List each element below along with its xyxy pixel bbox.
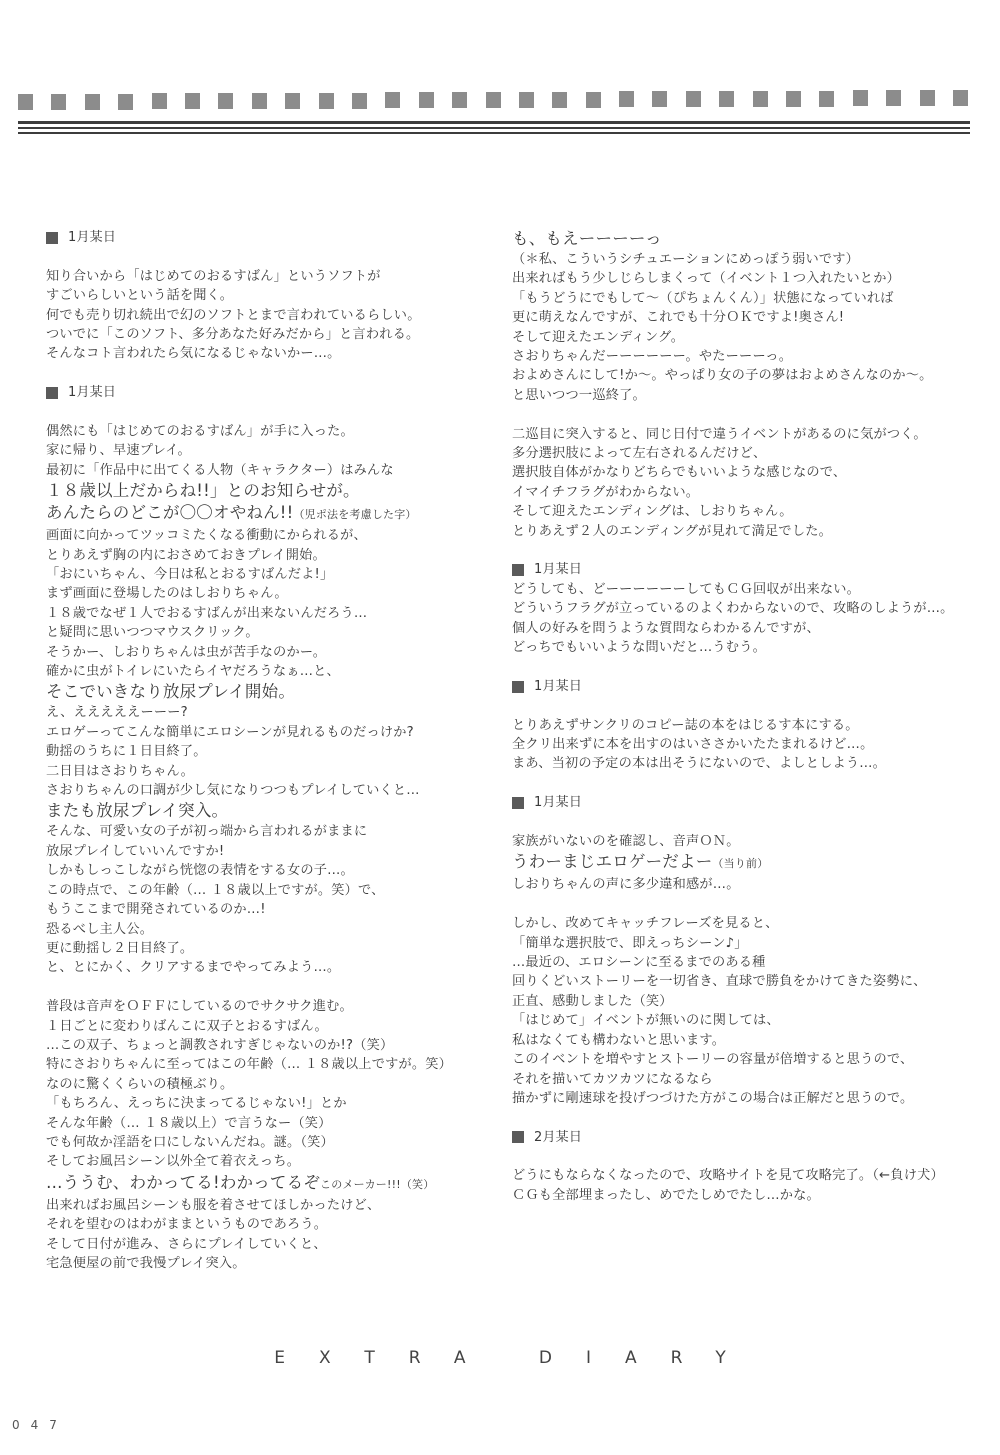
diary-line-text: そこでいきなり放尿プレイ開始。 [46, 682, 295, 701]
diary-line: 「はじめて」イベントが無いのに関しては、 [512, 1011, 972, 1030]
diary-line-text: どうにもならなくなったので、攻略サイトを見て攻略完了。（←負け犬） [512, 1168, 944, 1183]
diary-line: なのに驚くくらいの積極ぶり。 [46, 1075, 486, 1094]
diary-line-text: どっちでもいいような問いだと…うむう。 [512, 640, 766, 655]
heading-spacer [512, 1147, 972, 1166]
diary-line: どういうフラグが立っているのよくわからないので、攻略のしようが…。 [512, 599, 972, 618]
diary-line-text: 最初に「作品中に出てくる人物（キャラクター）はみんな [46, 463, 394, 478]
decorative-square [452, 92, 467, 108]
diary-line-text: イマイチフラグがわからない。 [512, 485, 699, 500]
diary-line-text: も、もえーーーーっ [512, 229, 662, 248]
diary-line: 知り合いから「はじめてのおるすばん」というソフトが [46, 267, 486, 286]
diary-line-text: え、えええええーーー? [46, 705, 188, 720]
entry-date: 2月某日 [534, 1128, 582, 1147]
diary-line-text: あんたらのどこが〇〇オやねん!! [46, 503, 293, 522]
diary-line-text: １日ごとに変わりばんこに双子とおるすばん。 [46, 1019, 328, 1034]
diary-line-text: 「はじめて」イベントが無いのに関しては、 [512, 1013, 780, 1028]
diary-line-text: とりあえず胸の内におさめておきプレイ開始。 [46, 548, 326, 563]
diary-line-text: それを望むのはわがままというものであろう。 [46, 1217, 327, 1232]
diary-line-text: ついでに「このソフト、多分あなた好みだから」と言われる。 [46, 327, 419, 342]
diary-line: そしてお風呂シーン以外全て着衣えっち。 [46, 1152, 486, 1171]
decorative-square [85, 94, 100, 110]
diary-line: 画面に向かってツッコミたくなる衝動にかられるが、 [46, 526, 486, 545]
diary-line-text: なのに驚くくらいの積極ぶり。 [46, 1077, 233, 1092]
diary-line-text: そしてお風呂シーン以外全て着衣えっち。 [46, 1154, 300, 1169]
entry-spacer [512, 657, 972, 676]
diary-line: どうしても、どーーーーーーしてもＣＧ回収が出来ない。 [512, 580, 972, 599]
diary-line: 選択肢自体がかなりどちらでもいいような感じなので、 [512, 463, 972, 482]
diary-line: さおりちゃんの口調が少し気になりつつもプレイしていくと… [46, 781, 486, 800]
diary-line-text: どういうフラグが立っているのよくわからないので、攻略のしようが…。 [512, 601, 954, 616]
diary-line-text: と疑問に思いつつマウスクリック。 [46, 625, 259, 640]
diary-line-text: でも何故か淫語を口にしないんだね。謎。（笑） [46, 1135, 334, 1150]
diary-entry: 1月某日とりあえずサンクリのコピー誌の本をはじるす本にする。全クリ出来ずに本を出… [512, 657, 972, 773]
diary-line: 正直、感動しました（笑） [512, 992, 972, 1011]
square-bullet-icon [46, 232, 58, 244]
diary-line: 回りくどいストーリーを一切省き、直球で勝負をかけてきた姿勢に、 [512, 972, 972, 991]
diary-line: そして迎えたエンディング。 [512, 328, 972, 347]
decorative-square [886, 90, 901, 106]
square-bullet-icon [512, 797, 524, 809]
decorative-square [586, 92, 601, 108]
decorative-square [552, 92, 567, 108]
diary-line-text: このイベントを増やすとストーリーの容量が倍増すると思うので、 [512, 1052, 913, 1067]
diary-line-text: この時点で、この年齢（… １８歳以上ですが。笑）で、 [46, 883, 385, 898]
diary-line: しおりちゃんの声に多少違和感が…。 [512, 875, 972, 894]
diary-line-text: 全クリ出来ずに本を出すのはいささかいたたまれるけど…。 [512, 737, 873, 752]
square-bullet-icon [512, 681, 524, 693]
diary-line-aside: （当り前） [712, 857, 768, 870]
decorative-square [652, 91, 667, 107]
diary-line-text: 動揺のうちに１日目終了。 [46, 744, 207, 759]
entry-date: 1月某日 [534, 793, 582, 812]
diary-line: 出来ればお風呂シーンも服を着させてほしかったけど、 [46, 1196, 486, 1215]
diary-line: まず画面に登場したのはしおりちゃん。 [46, 584, 486, 603]
diary-line-aside: このメーカー!!!（笑） [320, 1178, 434, 1191]
decorative-square [819, 91, 834, 107]
diary-line: 最初に「作品中に出てくる人物（キャラクター）はみんな [46, 461, 486, 480]
diary-line: イマイチフラグがわからない。 [512, 483, 972, 502]
decorative-square [486, 92, 501, 108]
heading-spacer [512, 813, 972, 832]
entry-date-heading: 1月某日 [46, 383, 486, 402]
diary-line: そんな、可愛い女の子が初っ端から言われるがままに [46, 822, 486, 841]
diary-line-text: どうしても、どーーーーーーしてもＣＧ回収が出来ない。 [512, 582, 860, 597]
entry-spacer [512, 774, 972, 793]
diary-line: あんたらのどこが〇〇オやねん!!（児ポ法を考慮した字） [46, 502, 486, 526]
diary-line: どっちでもいいような問いだと…うむう。 [512, 638, 972, 657]
heading-spacer [46, 247, 486, 266]
diary-line: １８歳以上だからね!!」とのお知らせが。 [46, 480, 486, 502]
entry-date-heading: 2月某日 [512, 1128, 972, 1147]
diary-line: でも何故か淫語を口にしないんだね。謎。（笑） [46, 1133, 486, 1152]
diary-line-text: うわーまじエロゲーだよー [512, 852, 712, 871]
diary-line-text: 家に帰り、早速プレイ。 [46, 443, 191, 458]
diary-line: 偶然にも「はじめてのおるすばん」が手に入った。 [46, 422, 486, 441]
diary-line: （＊私、こういうシチュエーションにめっぽう弱いです） [512, 250, 972, 269]
diary-line: 何でも売り切れ続出で幻のソフトとまで言われているらしい。 [46, 306, 486, 325]
diary-line: 普段は音声をＯＦＦにしているのでサクサク進む。 [46, 997, 486, 1016]
diary-line: 出来ればもう少しじらしまくって（イベント１つ入れたいとか） [512, 269, 972, 288]
decorative-square [152, 93, 167, 109]
diary-line-text: １８歳以上だからね!!」とのお知らせが。 [46, 481, 360, 500]
diary-line-text: 宅急便屋の前で我慢プレイ突入。 [46, 1256, 246, 1271]
header-rule-2 [18, 127, 970, 129]
diary-line: ついでに「このソフト、多分あなた好みだから」と言われる。 [46, 325, 486, 344]
diary-entry: 1月某日偶然にも「はじめてのおるすばん」が手に入った。家に帰り、早速プレイ。最初… [46, 364, 486, 978]
diary-line: とりあえず胸の内におさめておきプレイ開始。 [46, 546, 486, 565]
diary-line: しかもしっこしながら恍惚の表情をする女の子…。 [46, 861, 486, 880]
decorative-square [352, 93, 367, 109]
diary-line: １８歳でなぜ１人でおるすばんが出来ないんだろう… [46, 604, 486, 623]
diary-line-text: 私はなくても構わないと思います。 [512, 1033, 725, 1048]
diary-line-text: 家族がいないのを確認し、音声ＯＮ。 [512, 834, 740, 849]
decorative-square [920, 90, 935, 106]
diary-line: １日ごとに変わりばんこに双子とおるすばん。 [46, 1017, 486, 1036]
diary-line: と疑問に思いつつマウスクリック。 [46, 623, 486, 642]
diary-line-text: 出来ればお風呂シーンも服を着させてほしかったけど、 [46, 1198, 380, 1213]
page-number: 047 [12, 1418, 68, 1432]
diary-line-text: さおりちゃんだーーーーーー。やたーーーっ。 [512, 349, 792, 364]
diary-line-text: 「おにいちゃん、今日は私とおるすばんだよ!」 [46, 567, 333, 582]
diary-line: このイベントを増やすとストーリーの容量が倍増すると思うので、 [512, 1050, 972, 1069]
diary-line-text: しおりちゃんの声に多少違和感が…。 [512, 877, 740, 892]
diary-line: もうここまで開発されているのか…! [46, 900, 486, 919]
diary-line: そんなコト言われたら気になるじゃないかー…。 [46, 344, 486, 363]
entry-spacer [512, 541, 972, 560]
diary-line-text: およめさんにして!か～。やっぱり女の子の夢はおよめさんなのか～。 [512, 368, 933, 383]
diary-line-text: 更に萌えなんですが、これでも十分ＯＫですよ!奥さん! [512, 310, 844, 325]
diary-line: そこでいきなり放尿プレイ開始。 [46, 681, 486, 703]
diary-entry: も、もえーーーーっ（＊私、こういうシチュエーションにめっぽう弱いです）出来ればも… [512, 228, 972, 405]
diary-line-text: 放尿プレイしていいんですか! [46, 844, 224, 859]
diary-line: この時点で、この年齢（… １８歳以上ですが。笑）で、 [46, 881, 486, 900]
entry-date: 1月某日 [534, 560, 582, 579]
diary-line: も、もえーーーーっ [512, 228, 972, 250]
diary-line: 二巡目に突入すると、同じ日付で違うイベントがあるのに気がつく。 [512, 425, 972, 444]
diary-line-text: 知り合いから「はじめてのおるすばん」というソフトが [46, 269, 381, 284]
diary-line: 「おにいちゃん、今日は私とおるすばんだよ!」 [46, 565, 486, 584]
entry-date-heading: 1月某日 [512, 560, 972, 579]
diary-line: とりあえずサンクリのコピー誌の本をはじるす本にする。 [512, 716, 972, 735]
diary-line: それを望むのはわがままというものであろう。 [46, 1215, 486, 1234]
diary-line: しかし、改めてキャッチフレーズを見ると、 [512, 914, 972, 933]
diary-line-text: と、とにかく、クリアするまでやってみよう…。 [46, 960, 340, 975]
entry-spacer [512, 1108, 972, 1127]
decorative-square [753, 91, 768, 107]
diary-line-text: 二巡目に突入すると、同じ日付で違うイベントがあるのに気がつく。 [512, 427, 927, 442]
decorative-square [18, 94, 33, 110]
diary-entry: しかし、改めてキャッチフレーズを見ると、「簡単な選択肢で、即えっちシーン♪」…最… [512, 895, 972, 1108]
decorative-square [686, 91, 701, 107]
decorative-square [51, 94, 66, 110]
header-rule-1 [18, 121, 970, 124]
entry-spacer [46, 978, 486, 997]
diary-line-text: １８歳でなぜ１人でおるすばんが出来ないんだろう… [46, 606, 367, 621]
diary-line: …この双子、ちょっと調教されすぎじゃないのか!?（笑） [46, 1036, 486, 1055]
entry-date: 1月某日 [68, 383, 116, 402]
decorative-square [218, 93, 233, 109]
diary-line-text: 偶然にも「はじめてのおるすばん」が手に入った。 [46, 424, 354, 439]
diary-line-text: 恐るべし主人公。 [46, 922, 153, 937]
heading-spacer [46, 403, 486, 422]
diary-line: 家族がいないのを確認し、音声ＯＮ。 [512, 832, 972, 851]
decorative-square [419, 92, 434, 108]
diary-line-text: ＣＧも全部埋まったし、めでたしめでたし…かな。 [512, 1188, 820, 1203]
square-bullet-icon [512, 1131, 524, 1143]
diary-line-text: まず画面に登場したのはしおりちゃん。 [46, 586, 288, 601]
diary-line: そんな年齢（… １８歳以上）で言うなー（笑） [46, 1114, 486, 1133]
decorative-square [519, 92, 534, 108]
diary-line-text: 「もちろん、えっちに決まってるじゃない!」とか [46, 1096, 347, 1111]
diary-line: …最近の、エロシーンに至るまでのある種 [512, 953, 972, 972]
diary-line: 特にさおりちゃんに至ってはこの年齢（… １８歳以上ですが。笑） [46, 1055, 486, 1074]
footer-title: EXTRA DIARY [0, 1348, 1000, 1368]
diary-line-text: そうかー、しおりちゃんは虫が苦手なのかー。 [46, 645, 326, 660]
diary-line-text: すごいらしいという話を聞く。 [46, 288, 233, 303]
diary-entry: 二巡目に突入すると、同じ日付で違うイベントがあるのに気がつく。多分選択肢によって… [512, 405, 972, 541]
diary-line-text: 確かに虫がトイレにいたらイヤだろうなぁ…と、 [46, 664, 340, 679]
diary-line-text: 選択肢自体がかなりどちらでもいいような感じなので、 [512, 465, 846, 480]
diary-line: え、えええええーーー? [46, 703, 486, 722]
diary-line-text: しかもしっこしながら恍惚の表情をする女の子…。 [46, 863, 354, 878]
diary-line-text: そんな、可愛い女の子が初っ端から言われるがままに [46, 824, 367, 839]
diary-line: 「もちろん、えっちに決まってるじゃない!」とか [46, 1094, 486, 1113]
diary-line-text: そんなコト言われたら気になるじゃないかー…。 [46, 346, 341, 361]
diary-line-text: とりあえず２人のエンディングが見れて満足でした。 [512, 524, 832, 539]
diary-line-text: 二日目はさおりちゃん。 [46, 764, 194, 779]
diary-line-text: 画面に向かってツッコミたくなる衝動にかられるが、 [46, 528, 367, 543]
header-rule-3 [18, 132, 970, 134]
diary-line: およめさんにして!か～。やっぱり女の子の夢はおよめさんなのか～。 [512, 366, 972, 385]
diary-line-aside: （児ポ法を考慮した字） [293, 508, 416, 521]
diary-line-text: またも放尿プレイ突入。 [46, 801, 228, 820]
diary-line: 確かに虫がトイレにいたらイヤだろうなぁ…と、 [46, 662, 486, 681]
diary-line: 恐るべし主人公。 [46, 920, 486, 939]
diary-entry: 普段は音声をＯＦＦにしているのでサクサク進む。１日ごとに変わりばんこに双子とおる… [46, 978, 486, 1274]
entry-date: 1月某日 [534, 677, 582, 696]
diary-line: 個人の好みを問うような質問ならわかるんですが、 [512, 619, 972, 638]
diary-line: すごいらしいという話を聞く。 [46, 286, 486, 305]
diary-line-text: （＊私、こういうシチュエーションにめっぽう弱いです） [512, 252, 859, 267]
diary-line-text: 個人の好みを問うような質問ならわかるんですが、 [512, 621, 820, 636]
diary-line-text: 描かずに剛速球を投げつづけた方がこの場合は正解だと思うので。 [512, 1091, 913, 1106]
diary-line: 家に帰り、早速プレイ。 [46, 441, 486, 460]
diary-line: そうかー、しおりちゃんは虫が苦手なのかー。 [46, 643, 486, 662]
diary-entry: 1月某日知り合いから「はじめてのおるすばん」というソフトがすごいらしいという話を… [46, 228, 486, 364]
decorative-square [853, 90, 868, 106]
diary-line: 宅急便屋の前で我慢プレイ突入。 [46, 1254, 486, 1273]
header-square-row [18, 94, 968, 110]
diary-line-text: と思いつつ一巡終了。 [512, 388, 646, 403]
diary-line: 描かずに剛速球を投げつづけた方がこの場合は正解だと思うので。 [512, 1089, 972, 1108]
entry-spacer [512, 895, 972, 914]
decorative-square [185, 93, 200, 109]
diary-line: 更に萌えなんですが、これでも十分ＯＫですよ!奥さん! [512, 308, 972, 327]
diary-line-text: そして迎えたエンディング。 [512, 330, 684, 345]
decorative-square [953, 90, 968, 106]
diary-line: 「もうどうにでもして～（ぴちょんくん）」状態になっていれば [512, 289, 972, 308]
diary-line-text: 更に動揺し２日目終了。 [46, 941, 193, 956]
diary-line: と思いつつ一巡終了。 [512, 386, 972, 405]
diary-line: さおりちゃんだーーーーーー。やたーーーっ。 [512, 347, 972, 366]
diary-line: 「簡単な選択肢で、即えっちシーン♪」 [512, 934, 972, 953]
diary-line-text: そんな年齢（… １８歳以上）で言うなー（笑） [46, 1116, 332, 1131]
heading-spacer [512, 696, 972, 715]
diary-line-text: …ううむ、わかってる!わかってるぞ [46, 1173, 320, 1192]
diary-line: …ううむ、わかってる!わかってるぞこのメーカー!!!（笑） [46, 1172, 486, 1196]
diary-line-text: まあ、当初の予定の本は出そうにないので、よしとしよう…。 [512, 756, 886, 771]
diary-entry: 2月某日どうにもならなくなったので、攻略サイトを見て攻略完了。（←負け犬）ＣＧも… [512, 1108, 972, 1205]
diary-line: ＣＧも全部埋まったし、めでたしめでたし…かな。 [512, 1186, 972, 1205]
diary-line: と、とにかく、クリアするまでやってみよう…。 [46, 958, 486, 977]
diary-line-text: 多分選択肢によって左右されるんだけど、 [512, 446, 766, 461]
square-bullet-icon [512, 564, 524, 576]
diary-line: それを描いてカツカツになるなら [512, 1070, 972, 1089]
diary-line: うわーまじエロゲーだよー（当り前） [512, 851, 972, 875]
entry-date-heading: 1月某日 [512, 677, 972, 696]
entry-spacer [512, 405, 972, 424]
diary-line: 放尿プレイしていいんですか! [46, 842, 486, 861]
diary-line: エロゲーってこんな簡単にエロシーンが見れるものだっけか? [46, 723, 486, 742]
diary-line-text: そして日付が進み、さらにプレイしていくと、 [46, 1237, 327, 1252]
diary-line-text: …この双子、ちょっと調教されすぎじゃないのか!?（笑） [46, 1038, 393, 1053]
entry-spacer [46, 364, 486, 383]
diary-line-text: …最近の、エロシーンに至るまでのある種 [512, 955, 766, 970]
diary-line-text: エロゲーってこんな簡単にエロシーンが見れるものだっけか? [46, 725, 414, 740]
entry-date: 1月某日 [68, 228, 116, 247]
diary-line-text: 出来ればもう少しじらしまくって（イベント１つ入れたいとか） [512, 271, 900, 286]
diary-line: 二日目はさおりちゃん。 [46, 762, 486, 781]
diary-line-text: もうここまで開発されているのか…! [46, 902, 266, 917]
diary-line-text: そして迎えたエンディングは、しおりちゃん。 [512, 504, 793, 519]
decorative-square [118, 94, 133, 110]
decorative-square [252, 93, 267, 109]
diary-line: まあ、当初の予定の本は出そうにないので、よしとしよう…。 [512, 754, 972, 773]
diary-line-text: 普段は音声をＯＦＦにしているのでサクサク進む。 [46, 999, 353, 1014]
diary-line-text: 「簡単な選択肢で、即えっちシーン♪」 [512, 936, 748, 951]
diary-line: またも放尿プレイ突入。 [46, 800, 486, 822]
diary-line: そして迎えたエンディングは、しおりちゃん。 [512, 502, 972, 521]
diary-line-text: それを描いてカツカツになるなら [512, 1072, 713, 1087]
decorative-square [385, 92, 400, 108]
decorative-square [786, 91, 801, 107]
diary-line-text: 「もうどうにでもして～（ぴちょんくん）」状態になっていれば [512, 291, 894, 306]
entry-date-heading: 1月某日 [46, 228, 486, 247]
diary-line: どうにもならなくなったので、攻略サイトを見て攻略完了。（←負け犬） [512, 1166, 972, 1185]
decorative-square [285, 93, 300, 109]
diary-line: とりあえず２人のエンディングが見れて満足でした。 [512, 522, 972, 541]
diary-line: 私はなくても構わないと思います。 [512, 1031, 972, 1050]
diary-line-text: 特にさおりちゃんに至ってはこの年齢（… １８歳以上ですが。笑） [46, 1057, 452, 1072]
diary-line: 多分選択肢によって左右されるんだけど、 [512, 444, 972, 463]
diary-line: そして日付が進み、さらにプレイしていくと、 [46, 1235, 486, 1254]
right-column: も、もえーーーーっ（＊私、こういうシチュエーションにめっぽう弱いです）出来ればも… [512, 228, 972, 1205]
decorative-square [719, 91, 734, 107]
decorative-square [319, 93, 334, 109]
diary-entry: 1月某日どうしても、どーーーーーーしてもＣＧ回収が出来ない。どういうフラグが立っ… [512, 541, 972, 657]
diary-line-text: さおりちゃんの口調が少し気になりつつもプレイしていくと… [46, 783, 420, 798]
diary-line: 更に動揺し２日目終了。 [46, 939, 486, 958]
entry-date-heading: 1月某日 [512, 793, 972, 812]
diary-line: 全クリ出来ずに本を出すのはいささかいたたまれるけど…。 [512, 735, 972, 754]
diary-line-text: 何でも売り切れ続出で幻のソフトとまで言われているらしい。 [46, 308, 421, 323]
diary-line-text: 回りくどいストーリーを一切省き、直球で勝負をかけてきた姿勢に、 [512, 974, 926, 989]
left-column: 1月某日知り合いから「はじめてのおるすばん」というソフトがすごいらしいという話を… [46, 228, 486, 1273]
diary-line-text: とりあえずサンクリのコピー誌の本をはじるす本にする。 [512, 718, 859, 733]
diary-entry: 1月某日家族がいないのを確認し、音声ＯＮ。うわーまじエロゲーだよー（当り前）しお… [512, 774, 972, 895]
square-bullet-icon [46, 387, 58, 399]
diary-line: 動揺のうちに１日目終了。 [46, 742, 486, 761]
decorative-square [619, 91, 634, 107]
diary-line-text: しかし、改めてキャッチフレーズを見ると、 [512, 916, 779, 931]
diary-line-text: 正直、感動しました（笑） [512, 994, 673, 1009]
